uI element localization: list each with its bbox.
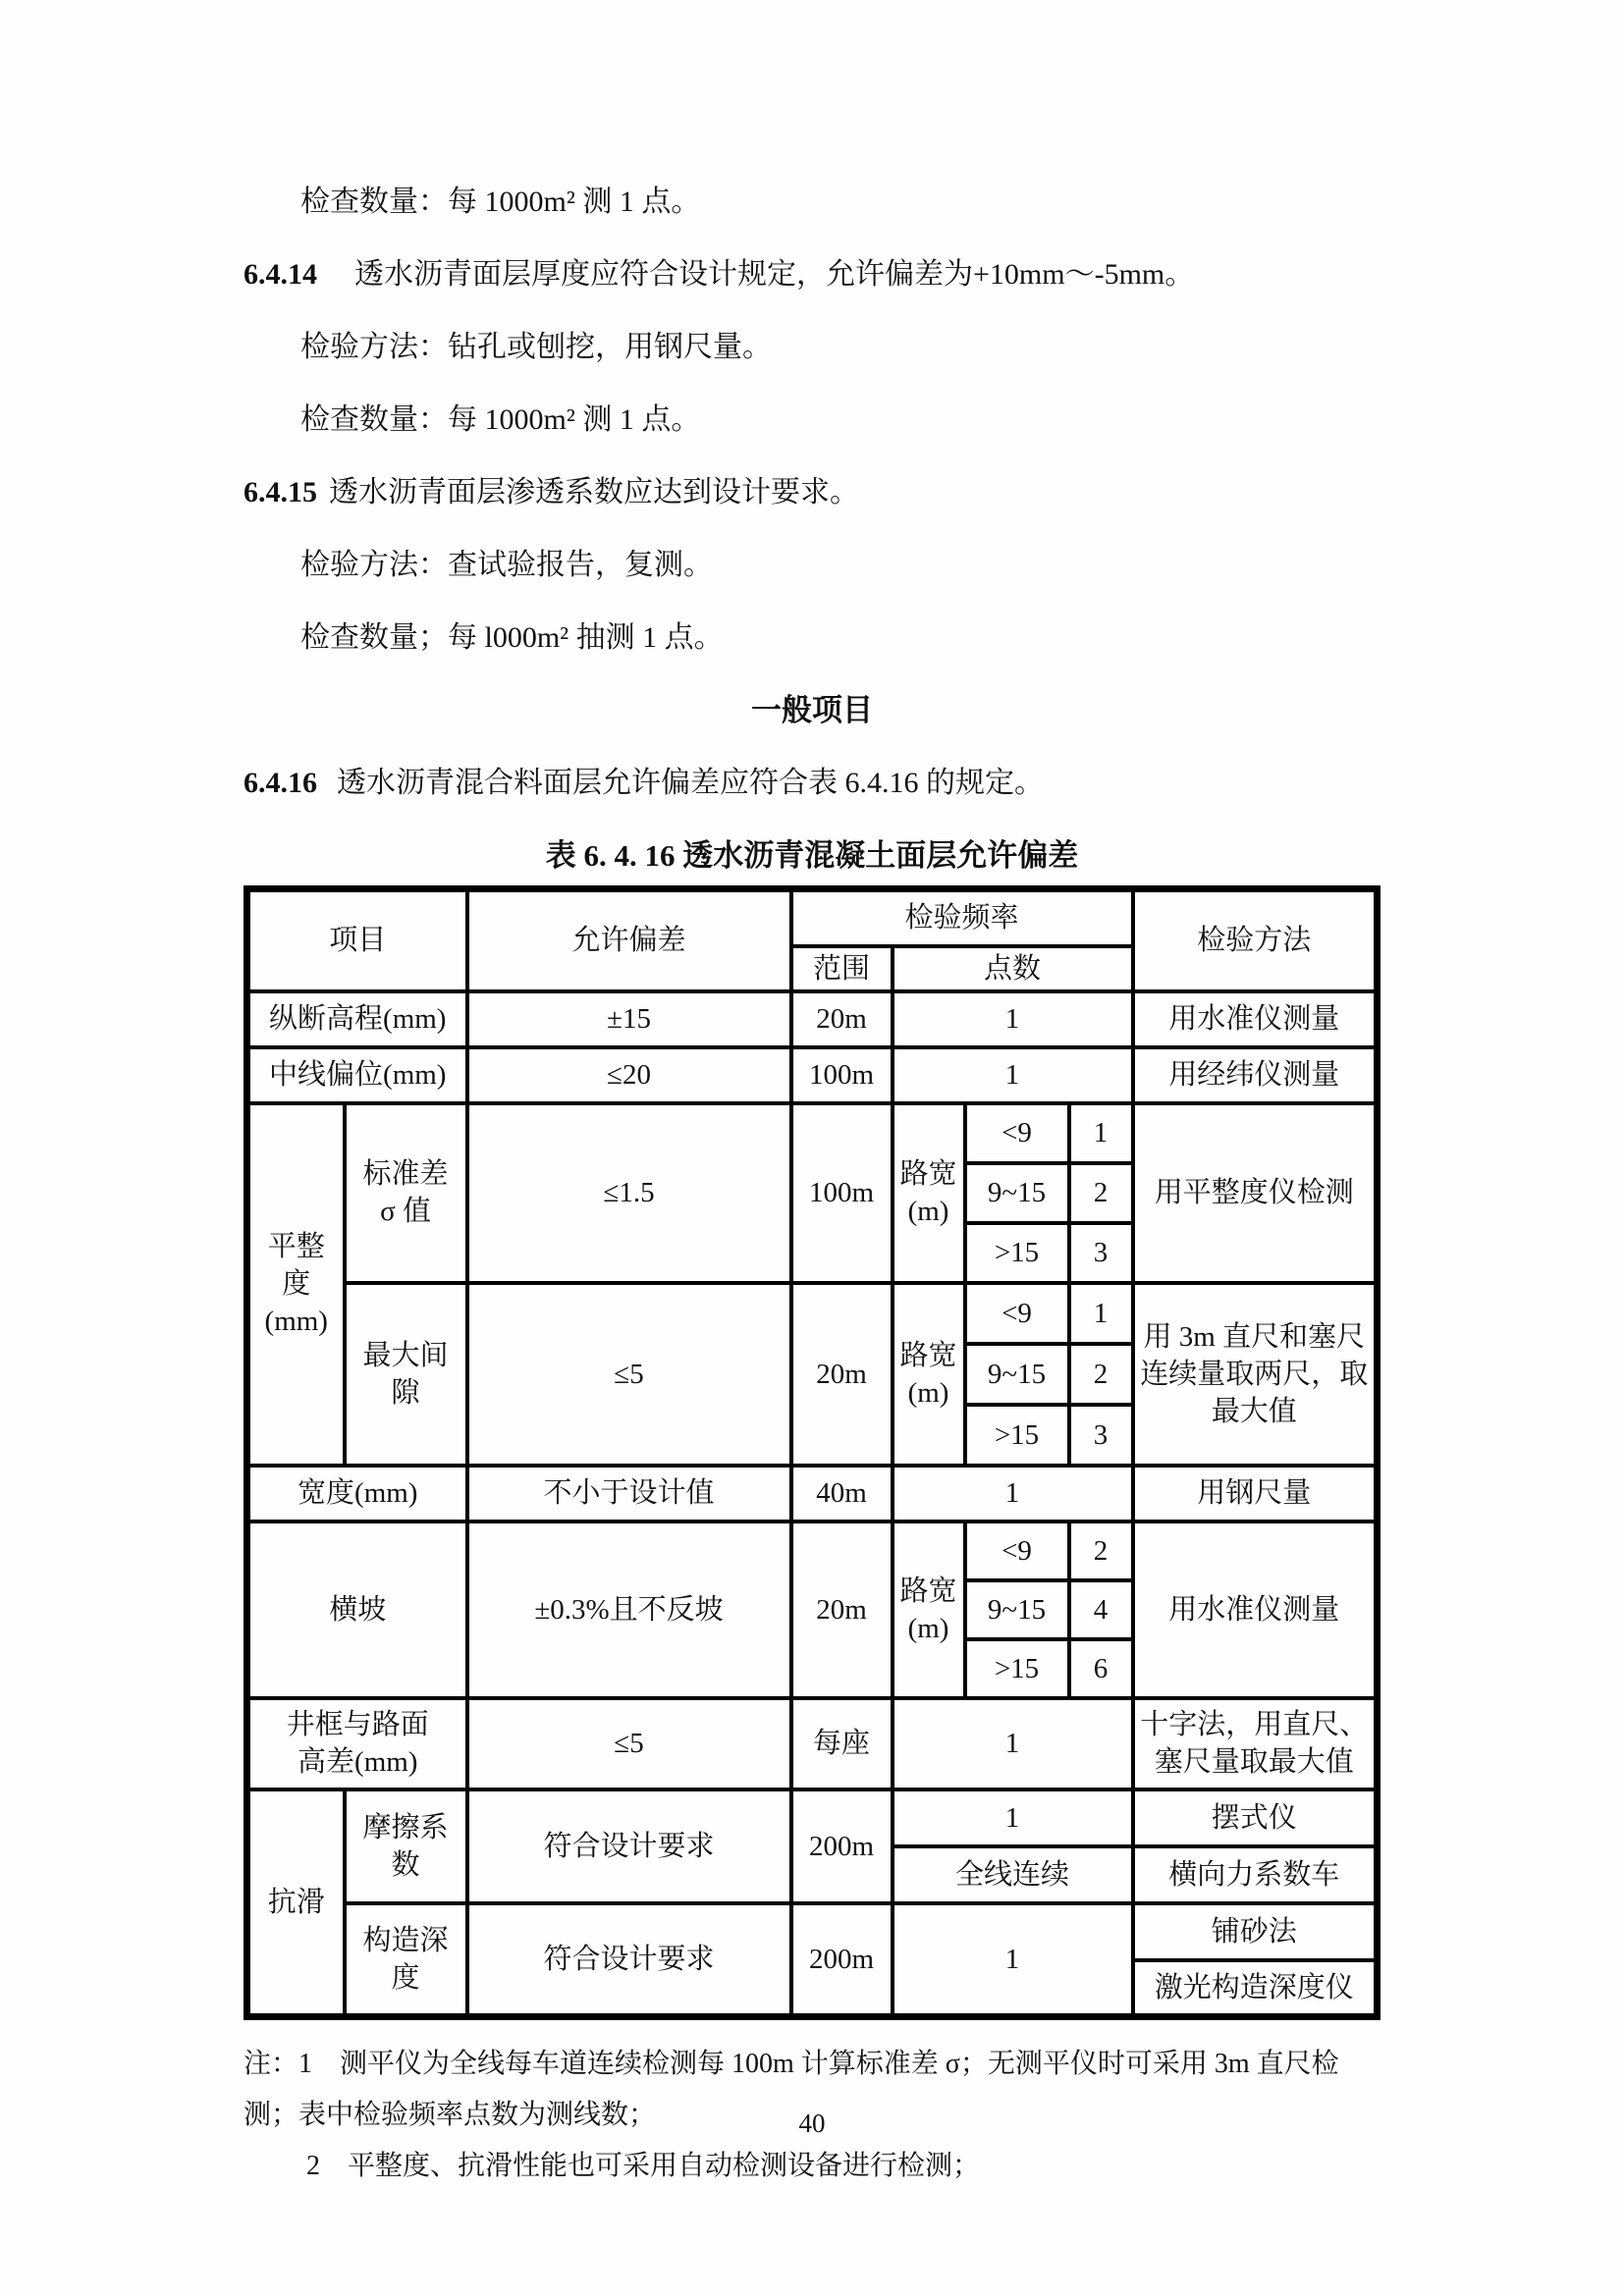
cell-flatness-gap-label: 最大间隙 (345, 1283, 467, 1466)
flatness-item-line2: (mm) (254, 1303, 339, 1340)
section-number: 6.4.16 (244, 767, 317, 799)
roadwidth-line2: (m) (898, 1610, 959, 1647)
cell-flatness-gap-points-1: 1 (1069, 1283, 1133, 1344)
roadwidth-line1: 路宽 (898, 1573, 959, 1610)
roadwidth-line2: (m) (898, 1374, 959, 1412)
cell-cross-slope-tolerance: ±0.3%且不反坡 (467, 1522, 791, 1698)
page-number: 40 (0, 2109, 1624, 2139)
section-number: 6.4.14 (244, 258, 317, 291)
std-label-line2: σ 值 (351, 1193, 461, 1230)
roadwidth-line1: 路宽 (898, 1155, 959, 1193)
cell-texture-method-1: 铺砂法 (1133, 1903, 1378, 1960)
cell-friction-tolerance: 符合设计要求 (467, 1789, 791, 1903)
cell-cross-slope-points-1: 2 (1069, 1522, 1133, 1580)
cell-flatness-std-method: 用平整度仪检测 (1133, 1103, 1378, 1283)
note-2: 2 平整度、抗滑性能也可采用自动检测设备进行检测； (244, 2146, 1380, 2187)
para-check-quantity-1: 检查数量：每 1000m² 测 1 点。 (244, 183, 1380, 222)
cell-friction-points-2: 全线连续 (893, 1846, 1133, 1903)
table-row-centerline: 中线偏位(mm) ≤20 100m 1 用经纬仪测量 (247, 1047, 1378, 1103)
header-method: 检验方法 (1133, 889, 1378, 991)
table-row-cross-slope-1: 横坡 ±0.3%且不反坡 20m 路宽 (m) <9 2 用水准仪测量 (247, 1522, 1378, 1580)
cell-width-points: 1 (893, 1466, 1133, 1522)
cell-cross-slope-range: 20m (791, 1522, 893, 1698)
para-check-quantity-3: 检查数量；每 l000m² 抽测 1 点。 (244, 618, 1380, 658)
cell-manhole-method: 十字法，用直尺、塞尺量取最大值 (1133, 1698, 1378, 1789)
cell-flatness-std-label: 标准差 σ 值 (345, 1103, 467, 1283)
cell-cross-slope-points-2: 4 (1069, 1580, 1133, 1639)
cell-friction-method-2: 横向力系数车 (1133, 1846, 1378, 1903)
document-page: 检查数量：每 1000m² 测 1 点。 6.4.14透水沥青面层厚度应符合设计… (0, 0, 1624, 2296)
cell-cross-slope-roadwidth: 路宽 (m) (893, 1522, 965, 1698)
para-method-1: 检验方法：钻孔或刨挖，用钢尺量。 (244, 328, 1380, 367)
table-row-flatness-std-1: 平整度 (mm) 标准差 σ 值 ≤1.5 100m 路宽 (m) <9 1 用… (247, 1103, 1378, 1163)
cell-flatness-gap-range: 20m (791, 1283, 893, 1466)
cell-longitudinal-method: 用水准仪测量 (1133, 991, 1378, 1047)
cell-flatness-gap-roadwidth: 路宽 (m) (893, 1283, 965, 1466)
cell-centerline-range: 100m (791, 1047, 893, 1103)
cell-flatness-gap-width-2: 9~15 (965, 1344, 1069, 1405)
cell-flatness-std-points-3: 3 (1069, 1223, 1133, 1283)
cell-flatness-gap-points-2: 2 (1069, 1344, 1133, 1405)
cell-cross-slope-width-2: 9~15 (965, 1580, 1069, 1639)
cell-flatness-gap-width-3: >15 (965, 1405, 1069, 1466)
cell-cross-slope-width-1: <9 (965, 1522, 1069, 1580)
cell-cross-slope-method: 用水准仪测量 (1133, 1522, 1378, 1698)
cell-texture-method-2: 激光构造深度仪 (1133, 1960, 1378, 2017)
cell-centerline-item: 中线偏位(mm) (247, 1047, 467, 1103)
cell-flatness-std-tolerance: ≤1.5 (467, 1103, 791, 1283)
cell-friction-method-1: 摆式仪 (1133, 1789, 1378, 1846)
cell-manhole-tolerance: ≤5 (467, 1698, 791, 1789)
cell-flatness-std-points-2: 2 (1069, 1163, 1133, 1223)
cell-antiskid-item: 抗滑 (247, 1789, 345, 2017)
cell-width-item: 宽度(mm) (247, 1466, 467, 1522)
cell-flatness-std-points-1: 1 (1069, 1103, 1133, 1163)
cell-width-range: 40m (791, 1466, 893, 1522)
cell-centerline-method: 用经纬仪测量 (1133, 1047, 1378, 1103)
section-text: 透水沥青混合料面层允许偏差应符合表 6.4.16 的规定。 (337, 767, 1044, 799)
heading-general-items: 一般项目 (244, 691, 1380, 730)
table-row-width: 宽度(mm) 不小于设计值 40m 1 用钢尺量 (247, 1466, 1378, 1522)
section-6-4-15: 6.4.15透水沥青面层渗透系数应达到设计要求。 (244, 473, 1380, 512)
table-row-manhole: 井框与路面 高差(mm) ≤5 每座 1 十字法，用直尺、塞尺量取最大值 (247, 1698, 1378, 1789)
header-frequency: 检验频率 (791, 889, 1133, 946)
cell-friction-points-1: 1 (893, 1789, 1133, 1846)
note-1-line-1: 注：1 测平仪为全线每车道连续检测每 100m 计算标准差 σ；无测平仪时可采用… (244, 2044, 1380, 2085)
table-row-flatness-gap-1: 最大间隙 ≤5 20m 路宽 (m) <9 1 用 3m 直尺和塞尺连续量取两尺… (247, 1283, 1378, 1344)
cell-cross-slope-points-3: 6 (1069, 1639, 1133, 1698)
header-range: 范围 (791, 946, 893, 991)
cell-friction-range: 200m (791, 1789, 893, 1903)
table-row-longitudinal: 纵断高程(mm) ±15 20m 1 用水准仪测量 (247, 991, 1378, 1047)
table-row-texture-1: 构造深度 符合设计要求 200m 1 铺砂法 (247, 1903, 1378, 1960)
cell-manhole-range: 每座 (791, 1698, 893, 1789)
cell-flatness-std-roadwidth: 路宽 (m) (893, 1103, 965, 1283)
table-row-friction-1: 抗滑 摩擦系数 符合设计要求 200m 1 摆式仪 (247, 1789, 1378, 1846)
table-caption: 表 6. 4. 16 透水沥青混凝土面层允许偏差 (244, 836, 1380, 876)
cell-texture-points: 1 (893, 1903, 1133, 2017)
page-content: 检查数量：每 1000m² 测 1 点。 6.4.14透水沥青面层厚度应符合设计… (0, 0, 1624, 2187)
roadwidth-line1: 路宽 (898, 1337, 959, 1374)
cell-flatness-gap-points-3: 3 (1069, 1405, 1133, 1466)
std-label-line1: 标准差 (351, 1155, 461, 1193)
section-number: 6.4.15 (244, 476, 317, 508)
cell-centerline-points: 1 (893, 1047, 1133, 1103)
cell-flatness-gap-width-1: <9 (965, 1283, 1069, 1344)
header-tolerance: 允许偏差 (467, 889, 791, 991)
cell-longitudinal-points: 1 (893, 991, 1133, 1047)
flatness-item-line1: 平整度 (254, 1228, 339, 1303)
header-points: 点数 (893, 946, 1133, 991)
cell-flatness-std-width-3: >15 (965, 1223, 1069, 1283)
cell-flatness-std-width-1: <9 (965, 1103, 1069, 1163)
section-text: 透水沥青面层厚度应符合设计规定，允许偏差为+10mm～-5mm。 (354, 258, 1194, 291)
section-6-4-14: 6.4.14透水沥青面层厚度应符合设计规定，允许偏差为+10mm～-5mm。 (244, 255, 1380, 294)
header-item: 项目 (247, 889, 467, 991)
manhole-item-line1: 井框与路面 (254, 1706, 461, 1743)
cell-longitudinal-tolerance: ±15 (467, 991, 791, 1047)
cell-manhole-item: 井框与路面 高差(mm) (247, 1698, 467, 1789)
para-method-2: 检验方法：查试验报告，复测。 (244, 546, 1380, 585)
cell-texture-label: 构造深度 (345, 1903, 467, 2017)
cell-flatness-item: 平整度 (mm) (247, 1103, 345, 1466)
cell-centerline-tolerance: ≤20 (467, 1047, 791, 1103)
cell-longitudinal-item: 纵断高程(mm) (247, 991, 467, 1047)
para-check-quantity-2: 检查数量：每 1000m² 测 1 点。 (244, 400, 1380, 440)
cell-cross-slope-item: 横坡 (247, 1522, 467, 1698)
cell-flatness-gap-tolerance: ≤5 (467, 1283, 791, 1466)
cell-cross-slope-width-3: >15 (965, 1639, 1069, 1698)
section-6-4-16: 6.4.16透水沥青混合料面层允许偏差应符合表 6.4.16 的规定。 (244, 764, 1380, 803)
cell-friction-label: 摩擦系数 (345, 1789, 467, 1903)
table-header-row-1: 项目 允许偏差 检验频率 检验方法 (247, 889, 1378, 946)
roadwidth-line2: (m) (898, 1193, 959, 1230)
cell-flatness-std-range: 100m (791, 1103, 893, 1283)
tolerance-table: 项目 允许偏差 检验频率 检验方法 范围 点数 纵断高程(mm) ±15 20m… (244, 885, 1380, 2020)
cell-flatness-std-width-2: 9~15 (965, 1163, 1069, 1223)
cell-flatness-gap-method: 用 3m 直尺和塞尺连续量取两尺，取最大值 (1133, 1283, 1378, 1466)
cell-longitudinal-range: 20m (791, 991, 893, 1047)
cell-width-tolerance: 不小于设计值 (467, 1466, 791, 1522)
cell-width-method: 用钢尺量 (1133, 1466, 1378, 1522)
cell-texture-range: 200m (791, 1903, 893, 2017)
cell-texture-tolerance: 符合设计要求 (467, 1903, 791, 2017)
section-text: 透水沥青面层渗透系数应达到设计要求。 (329, 476, 859, 508)
cell-manhole-points: 1 (893, 1698, 1133, 1789)
manhole-item-line2: 高差(mm) (254, 1743, 461, 1781)
